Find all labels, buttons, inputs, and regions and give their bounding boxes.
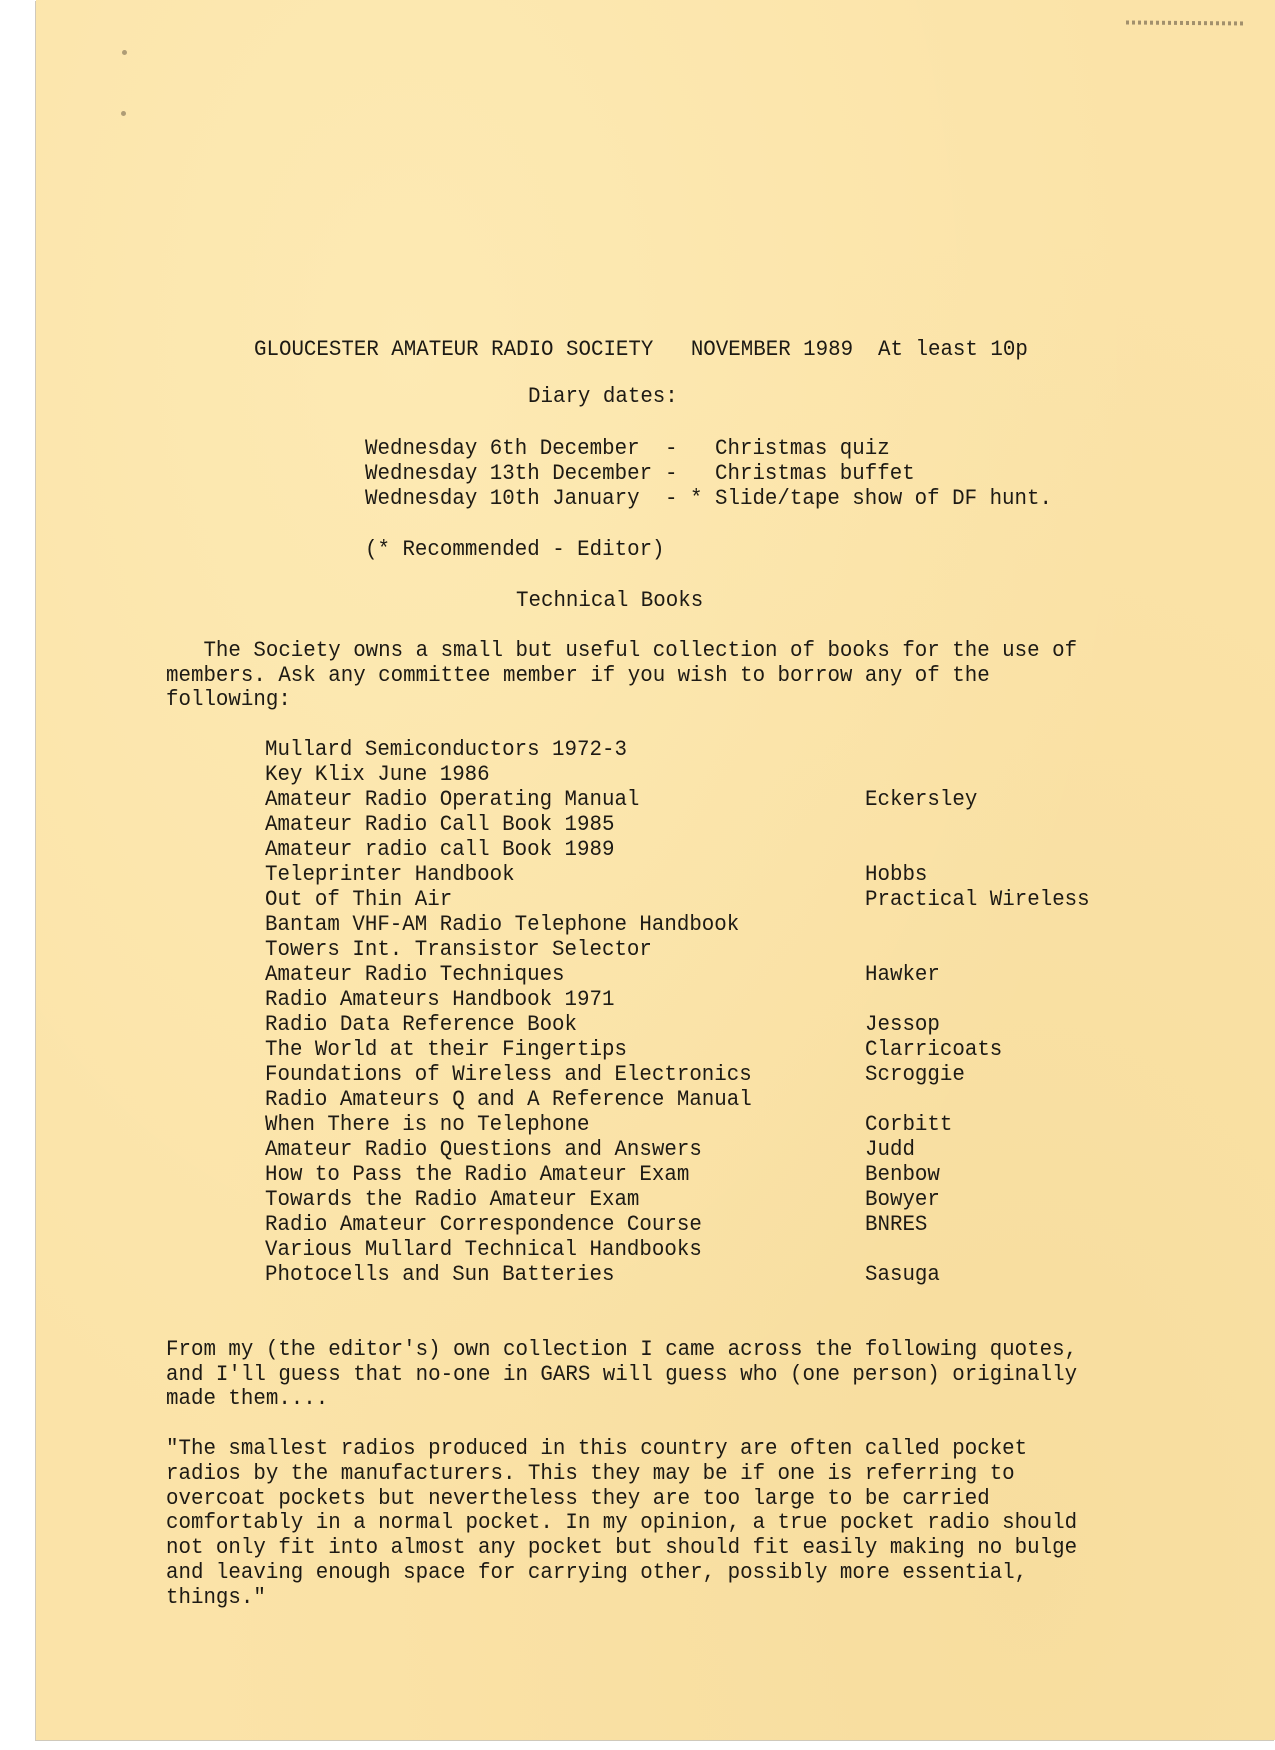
book-title: Radio Amateur Correspondence Course (265, 1212, 702, 1238)
diary-separator: - * (665, 486, 702, 512)
diary-event: Slide/tape show of DF hunt. (715, 486, 1052, 512)
quote-line: comfortably in a normal pocket. In my op… (166, 1511, 1077, 1537)
quote-line: radios by the manufacturers. This they m… (166, 1461, 1015, 1487)
book-title: Amateur Radio Operating Manual (265, 787, 639, 813)
quote-line: "The smallest radios produced in this co… (166, 1436, 1027, 1462)
editor-line: and I'll guess that no-one in GARS will … (166, 1362, 1077, 1388)
price: At least 10p (878, 338, 1028, 362)
book-title: When There is no Telephone (265, 1112, 589, 1138)
diary-date: Wednesday 13th December (365, 461, 652, 487)
book-title: How to Pass the Radio Amateur Exam (265, 1162, 689, 1188)
quote-line: overcoat pockets but nevertheless they a… (166, 1486, 990, 1512)
punch-mark (121, 111, 126, 116)
book-author: BNRES (865, 1212, 927, 1238)
diary-event: Christmas quiz (715, 436, 890, 462)
book-author: Hawker (865, 962, 940, 988)
book-author: Hobbs (865, 862, 927, 888)
book-author: Practical Wireless (865, 887, 1090, 913)
book-author: Scroggie (865, 1062, 965, 1088)
book-author: Eckersley (865, 787, 977, 813)
quote-line: and leaving enough space for carrying ot… (166, 1560, 1027, 1586)
intro-line: following: (166, 687, 291, 713)
quote-line: things." (166, 1585, 266, 1611)
book-title: Key Klix June 1986 (265, 762, 490, 788)
book-author: Judd (865, 1137, 915, 1163)
editor-line: From my (the editor's) own collection I … (166, 1337, 1077, 1363)
ink-smudge (1126, 20, 1246, 25)
diary-title: Diary dates: (528, 384, 678, 410)
book-title: The World at their Fingertips (265, 1037, 627, 1063)
book-title: Amateur Radio Call Book 1985 (265, 812, 614, 838)
book-author: Benbow (865, 1162, 940, 1188)
diary-date: Wednesday 10th January (365, 486, 652, 512)
book-title: Radio Amateurs Q and A Reference Manual (265, 1087, 752, 1113)
book-title: Photocells and Sun Batteries (265, 1262, 614, 1288)
newsletter-header: GLOUCESTER AMATEUR RADIO SOCIETY NOVEMBE… (254, 337, 1028, 363)
intro-line: members. Ask any committee member if you… (166, 663, 990, 689)
book-title: Out of Thin Air (265, 887, 452, 913)
diary-note: (* Recommended - Editor) (365, 537, 665, 563)
diary-separator: - (665, 436, 702, 462)
book-title: Bantam VHF-AM Radio Telephone Handbook (265, 912, 739, 938)
issue-date: NOVEMBER 1989 (691, 338, 853, 362)
section-title-technical-books: Technical Books (516, 588, 703, 614)
book-title: Towers Int. Transistor Selector (265, 937, 652, 963)
society-name: GLOUCESTER AMATEUR RADIO SOCIETY (254, 338, 653, 362)
diary-date: Wednesday 6th December (365, 436, 652, 462)
book-title: Foundations of Wireless and Electronics (265, 1062, 752, 1088)
book-title: Towards the Radio Amateur Exam (265, 1187, 639, 1213)
book-title: Teleprinter Handbook (265, 862, 515, 888)
book-title: Amateur Radio Techniques (265, 962, 565, 988)
book-title: Amateur Radio Questions and Answers (265, 1137, 702, 1163)
book-author: Corbitt (865, 1112, 952, 1138)
book-author: Clarricoats (865, 1037, 1002, 1063)
book-title: Amateur radio call Book 1989 (265, 837, 614, 863)
diary-separator: - (665, 461, 702, 487)
editor-line: made them.... (166, 1387, 328, 1413)
book-title: Mullard Semiconductors 1972-3 (265, 737, 627, 763)
quote-line: not only fit into almost any pocket but … (166, 1536, 1077, 1562)
intro-line: The Society owns a small but useful coll… (166, 638, 1077, 664)
diary-event: Christmas buffet (715, 461, 915, 487)
book-author: Sasuga (865, 1262, 940, 1288)
punch-mark (122, 50, 127, 55)
book-author: Jessop (865, 1012, 940, 1038)
book-author: Bowyer (865, 1187, 940, 1213)
book-title: Various Mullard Technical Handbooks (265, 1237, 702, 1263)
book-title: Radio Data Reference Book (265, 1012, 577, 1038)
book-title: Radio Amateurs Handbook 1971 (265, 987, 614, 1013)
